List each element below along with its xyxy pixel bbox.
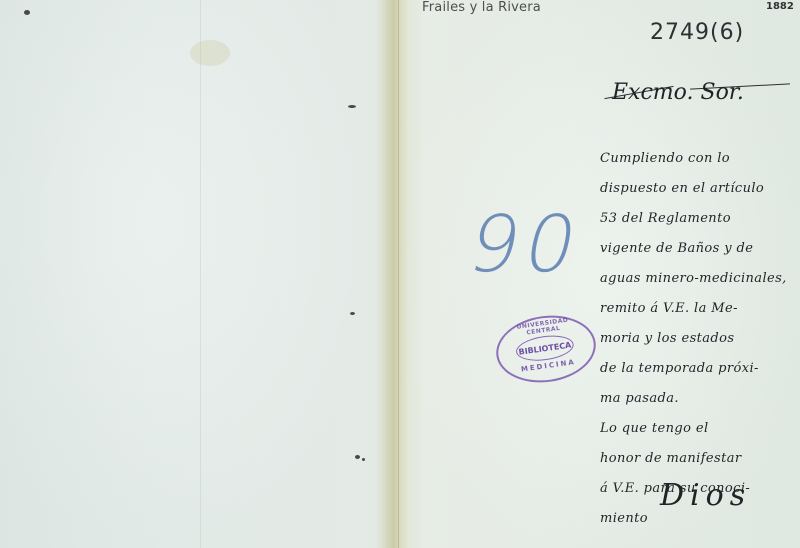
ink-spot	[350, 312, 355, 315]
closing-word: Dios	[660, 478, 751, 513]
letter-line: Cumpliendo con lo	[600, 144, 798, 174]
letter-line: remito á V.E. la Me-	[600, 294, 798, 324]
ink-spot	[348, 105, 356, 108]
left-page	[0, 0, 380, 548]
letter-line: ma pasada.	[600, 384, 798, 414]
letter-line: 53 del Reglamento	[600, 204, 798, 234]
paper-stain	[190, 40, 230, 66]
catalog-number: 2749(6)	[650, 20, 744, 45]
letter-body: Cumpliendo con lo dispuesto en el artícu…	[600, 144, 798, 534]
ink-spot	[355, 455, 360, 459]
letter-line: dispuesto en el artículo	[600, 174, 798, 204]
blue-pencil-number: 90	[460, 200, 590, 290]
stamp-center-text: BIBLIOTECA	[518, 340, 572, 356]
year-label: 1882	[766, 1, 794, 12]
center-fold	[376, 0, 408, 548]
paper-crease	[200, 0, 201, 548]
letter-line: de la temporada próxi-	[600, 354, 798, 384]
letter-line: moria y los estados	[600, 324, 798, 354]
letter-line: vigente de Baños y de	[600, 234, 798, 264]
fold-line	[398, 0, 399, 548]
ink-spot	[362, 458, 365, 461]
pencil-annotation: Frailes y la Rivera	[422, 0, 541, 15]
salutation: Excmo. Sor.	[612, 80, 744, 105]
ink-spot	[24, 10, 30, 15]
letter-line: honor de manifestar	[600, 444, 798, 474]
letter-line: aguas minero-medicinales,	[600, 264, 798, 294]
scanned-document: Frailes y la Rivera 1882 2749(6) Excmo. …	[0, 0, 800, 548]
letter-line: Lo que tengo el	[600, 414, 798, 444]
